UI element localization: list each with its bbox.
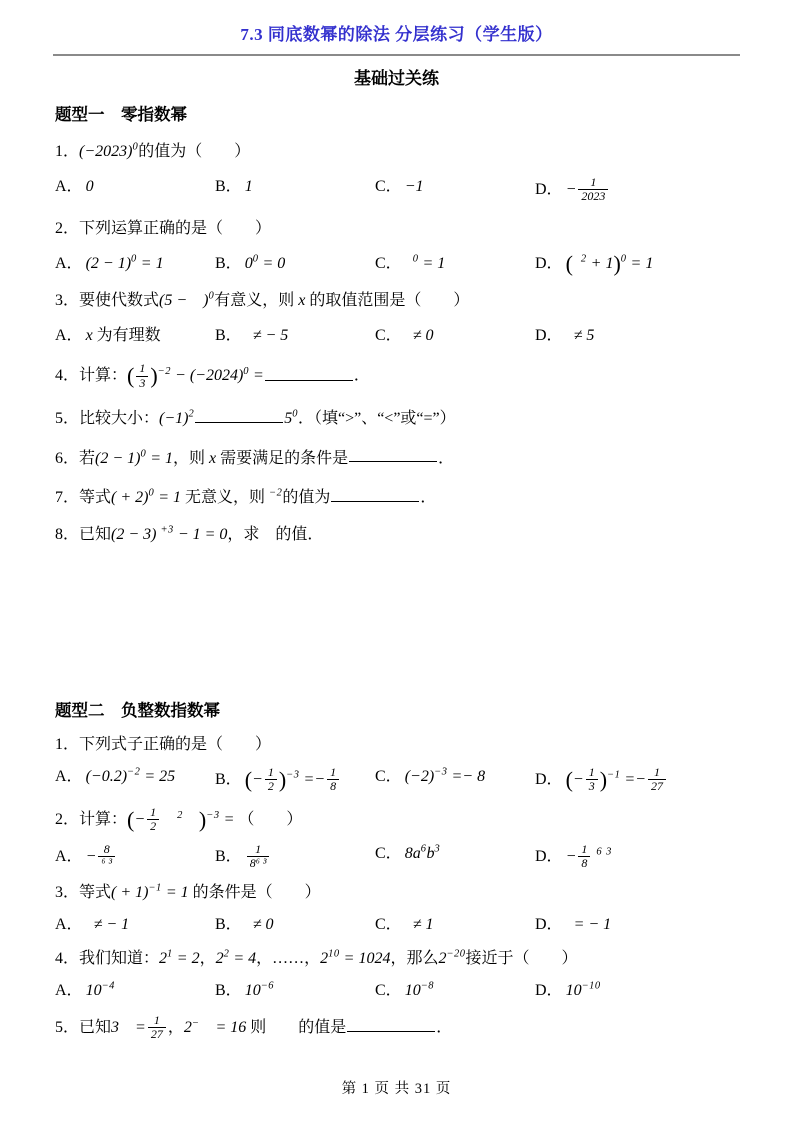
math-text: 2: [184, 1019, 192, 1036]
section-heading: 题型一 零指数幂: [55, 104, 740, 126]
exponent: −2: [127, 767, 140, 778]
option-label: B．: [215, 178, 242, 195]
text: ．: [354, 368, 370, 385]
math-text: (−2): [405, 768, 434, 785]
option-content: = − 1: [566, 916, 612, 933]
math-text: = 1: [137, 255, 164, 272]
text: [86, 916, 94, 933]
text: ，: [200, 950, 216, 967]
option-content: (−2)−3 =− 8: [405, 768, 485, 785]
denominator: 8⁶ ³: [247, 857, 270, 870]
fraction: 13: [586, 766, 598, 793]
option: B． ≠ 0: [215, 914, 375, 936]
math-text: 10: [566, 982, 582, 999]
big-paren: ): [600, 767, 607, 792]
numerator: 1: [148, 1014, 166, 1028]
math-text: = − 1: [574, 916, 612, 933]
option-content: −8⁶ ³: [86, 848, 118, 865]
question-stem: 6．若(2 − 1)0 = 1，则 x 需要满足的条件是．: [55, 445, 740, 470]
math-text: − (−2024): [171, 368, 243, 385]
option-label: C．: [375, 327, 402, 344]
exponent: −3: [286, 770, 299, 781]
big-paren: (: [566, 767, 573, 792]
option: C．(−2)−3 =− 8: [375, 766, 535, 793]
option: D．−12023: [535, 176, 695, 203]
math-text: (−1): [159, 410, 188, 427]
exponent: −2: [269, 488, 282, 499]
text: 无意义，则: [181, 489, 269, 506]
option: B．18⁶ ³: [215, 843, 375, 870]
option: C． 0 = 1: [375, 253, 535, 275]
denominator: 27: [648, 780, 666, 793]
numerator: 1: [247, 843, 270, 857]
text: 2．下列运算正确的是（ ）: [55, 220, 271, 237]
fraction: 18⁶ ³: [247, 843, 270, 870]
math-text: = 0: [258, 255, 285, 272]
option: B． ≠ − 5: [215, 325, 375, 347]
math-text: 1: [245, 178, 253, 195]
option-label: C．: [375, 845, 402, 862]
question-stem: 2．计算：(−12 2 )−3 = （ ）: [55, 806, 740, 833]
option: A．(2 − 1)0 = 1: [55, 253, 215, 275]
exponent: −1: [148, 883, 161, 894]
option: C． ≠ 1: [375, 914, 535, 936]
math-text: (−0.2): [86, 768, 127, 785]
text: （ ）: [238, 811, 302, 828]
math-text: =: [249, 368, 264, 385]
text: [245, 916, 253, 933]
option-label: B．: [215, 982, 242, 999]
fraction: 12023: [578, 176, 608, 203]
math-text: = 4: [229, 950, 256, 967]
math-text: =−: [620, 771, 646, 788]
text: 的值为（ ）: [138, 143, 250, 160]
math-text: =− 8: [447, 768, 485, 785]
denominator: ⁶ ³: [98, 857, 115, 870]
numerator: 1: [578, 843, 590, 857]
question-stem: 3．要使代数式(5 − )0有意义，则 x 的取值范围是（ ）: [55, 290, 740, 312]
fraction: 12: [265, 766, 277, 793]
option-label: A．: [55, 327, 83, 344]
option-label: B．: [215, 848, 242, 865]
exponent: −20: [446, 949, 465, 960]
option-content: −18 6 3: [566, 848, 612, 865]
content: 题型一 零指数幂 1．(−2023)0的值为（ ） A．0B．1C．−1D．−1…: [0, 104, 793, 1042]
text: 6．若: [55, 449, 95, 466]
section-heading: 题型二 负整数指数幂: [55, 700, 740, 722]
options-row: A．−8⁶ ³B．18⁶ ³C．8a6b3D．−18 6 3: [55, 843, 740, 870]
fraction: 18: [327, 766, 339, 793]
fraction: 18: [578, 843, 590, 870]
denominator: 2: [147, 820, 159, 833]
question-stem: 8．已知(2 − 3) +3 − 1 = 0，求 的值．: [55, 524, 740, 546]
math-text: −1: [405, 178, 424, 195]
text: 需要满足的条件是: [216, 449, 348, 466]
big-paren: (: [566, 251, 573, 276]
text: 7．等式: [55, 489, 111, 506]
option: C．−1: [375, 176, 535, 203]
text: 的取值范围是（ ）: [305, 292, 469, 309]
option: C．8a6b3: [375, 843, 535, 870]
option-content: ≠ 0: [245, 916, 274, 933]
math-text: 8a: [405, 845, 421, 862]
text: 接近于（ ）: [466, 950, 578, 967]
option-content: ≠ − 5: [245, 327, 289, 344]
exponent: −10: [582, 981, 601, 992]
math-text: ≠ − 1: [94, 916, 130, 933]
options-row: A．(−0.2)−2 = 25B．(−12)−3 =−18C．(−2)−3 =−…: [55, 766, 740, 793]
option: D．(−13)−1 =−127: [535, 766, 695, 793]
option: D． ≠ 5: [535, 325, 695, 347]
option-label: D．: [535, 327, 563, 344]
math-text: = 16: [215, 1019, 246, 1036]
denominator: 8: [327, 780, 339, 793]
numerator: 8: [98, 843, 115, 857]
fraction: 8⁶ ³: [98, 843, 115, 870]
text: 的条件是（ ）: [189, 884, 321, 901]
math-text: 2: [320, 950, 328, 967]
option: B．(−12)−3 =−18: [215, 766, 375, 793]
text: ，则: [173, 449, 209, 466]
option-label: A．: [55, 768, 83, 785]
answer-blank: [195, 405, 283, 423]
text: [405, 327, 413, 344]
options-row: A．(2 − 1)0 = 1B．00 = 0C． 0 = 1D．( 2 + 1)…: [55, 253, 740, 275]
options-row: A．10−4B．10−6C．10−8D．10−10: [55, 980, 740, 1002]
numerator: 1: [586, 766, 598, 780]
math-text: + 1: [587, 255, 614, 272]
math-text: 2: [159, 950, 167, 967]
option-content: ≠ 1: [405, 916, 434, 933]
answer-blank: [349, 445, 437, 463]
big-paren: ): [150, 364, 157, 389]
question-stem: 5．已知3 =127，2− = 16 则 的值是．: [55, 1014, 740, 1041]
exponent: −3: [434, 767, 447, 778]
option: C． ≠ 0: [375, 325, 535, 347]
exponent: −2: [158, 366, 171, 377]
option: D．( 2 + 1)0 = 1: [535, 253, 695, 275]
option: B．00 = 0: [215, 253, 375, 275]
exponent: 3: [606, 847, 612, 858]
page-number: 第 1 页 共 31 页: [0, 1077, 793, 1098]
text: [119, 1019, 135, 1036]
question-stem: 2．下列运算正确的是（ ）: [55, 218, 740, 240]
text: 1．: [55, 143, 79, 160]
blank-space: [55, 546, 740, 686]
denominator: 2023: [578, 190, 608, 203]
option-label: B．: [215, 327, 242, 344]
option-content: −12023: [566, 181, 611, 198]
text: ．: [436, 1019, 452, 1036]
math-text: ( + 2): [111, 489, 148, 506]
text: [405, 916, 413, 933]
text: [183, 811, 199, 828]
option-content: ( 2 + 1)0 = 1: [566, 255, 654, 272]
exponent: 3: [434, 844, 440, 855]
big-paren: ): [613, 251, 620, 276]
option-content: (2 − 1)0 = 1: [86, 255, 164, 272]
math-text: ≠ 1: [413, 916, 434, 933]
math-text: = 1: [627, 255, 654, 272]
exponent: −1: [607, 770, 620, 781]
question-stem: 1．下列式子正确的是（ ）: [55, 734, 740, 756]
numerator: 1: [136, 362, 148, 376]
option-label: D．: [535, 916, 563, 933]
fraction: 127: [148, 1014, 166, 1041]
text: ，: [168, 1019, 184, 1036]
math-text: = 1024: [340, 950, 391, 967]
option: B．10−6: [215, 980, 375, 1002]
math-text: 0: [86, 178, 94, 195]
denominator: 3: [136, 377, 148, 390]
text: 3．等式: [55, 884, 111, 901]
big-paren: (: [127, 364, 134, 389]
math-text: ≠ 5: [574, 327, 595, 344]
option-content: 00 = 0: [245, 255, 286, 272]
option-content: (−12)−3 =−18: [245, 771, 341, 788]
text: [199, 1019, 215, 1036]
option-label: D．: [535, 848, 563, 865]
option-content: −1: [405, 178, 424, 195]
math-text: ≠ 0: [253, 916, 274, 933]
math-text: ( + 1): [111, 884, 148, 901]
math-text: (2 − 3): [111, 526, 156, 543]
math-text: (5 − ): [159, 292, 208, 309]
option-content: ≠ − 1: [86, 916, 130, 933]
option-label: A．: [55, 178, 83, 195]
math-text: −: [573, 771, 584, 788]
fraction: 13: [136, 362, 148, 389]
option: C．10−8: [375, 980, 535, 1002]
option-content: 10−8: [405, 982, 434, 999]
option-label: A．: [55, 848, 83, 865]
text: 为有理数: [93, 327, 161, 344]
text: 5．比较大小：: [55, 410, 159, 427]
option-label: B．: [215, 255, 242, 272]
math-text: −: [566, 181, 577, 198]
question-stem: 3．等式( + 1)−1 = 1 的条件是（ ）: [55, 882, 740, 904]
math-text: 3: [111, 1019, 119, 1036]
question-stem: 7．等式( + 2)0 = 1 无意义，则 −2的值为．: [55, 484, 740, 509]
math-text: 10: [86, 982, 102, 999]
math-text: 10: [245, 982, 261, 999]
math-text: −: [252, 771, 263, 788]
option-content: 8a6b3: [405, 845, 441, 862]
text: [566, 916, 574, 933]
option-content: ≠ 5: [566, 327, 595, 344]
text: 1．下列式子正确的是（ ）: [55, 736, 271, 753]
math-text: 0: [245, 255, 253, 272]
math-text: (2 − 1): [95, 449, 140, 466]
exponent: 2: [188, 408, 194, 419]
text: 则 的值是: [246, 1019, 346, 1036]
fraction: 12: [147, 806, 159, 833]
question-stem: 5．比较大小：(−1)250．（填“>”、“<”或“=”）: [55, 405, 740, 430]
numerator: 1: [578, 176, 608, 190]
option: B．1: [215, 176, 375, 203]
option-label: A．: [55, 255, 83, 272]
option-content: 10−4: [86, 982, 115, 999]
exponent: +3: [160, 525, 173, 536]
exponent: −4: [102, 981, 115, 992]
math-text: −: [134, 811, 145, 828]
question-stem: 4．计算：(13)−2 − (−2024)0 =．: [55, 362, 740, 389]
document-page: 7.3 同底数幂的除法 分层练习（学生版） 基础过关练 题型一 零指数幂 1．(…: [0, 0, 793, 1122]
denominator: 8: [578, 857, 590, 870]
math-text: −: [566, 848, 577, 865]
option-label: B．: [215, 771, 242, 788]
text: ．（填“>”、“<”或“=”）: [298, 410, 456, 427]
text: ，……，: [256, 950, 320, 967]
option: D．10−10: [535, 980, 695, 1002]
text: 3．要使代数式: [55, 292, 159, 309]
option: A． ≠ − 1: [55, 914, 215, 936]
numerator: 1: [327, 766, 339, 780]
text: [245, 327, 253, 344]
text: ．: [420, 489, 436, 506]
options-row: A． ≠ − 1B． ≠ 0C． ≠ 1D． = − 1: [55, 914, 740, 936]
text: 8．已知: [55, 526, 111, 543]
text: 5．已知: [55, 1019, 111, 1036]
numerator: 1: [147, 806, 159, 820]
options-row: A．x 为有理数B． ≠ − 5C． ≠ 0D． ≠ 5: [55, 325, 740, 347]
option: A．(−0.2)−2 = 25: [55, 766, 215, 793]
math-text: = 1: [418, 255, 445, 272]
text: [405, 255, 413, 272]
section-negative-exponent: 题型二 负整数指数幂 1．下列式子正确的是（ ） A．(−0.2)−2 = 25…: [55, 700, 740, 1042]
option: A．−8⁶ ³: [55, 843, 215, 870]
numerator: 1: [265, 766, 277, 780]
text: 4．计算：: [55, 368, 127, 385]
math-text: (2 − 1): [86, 255, 131, 272]
option-content: 18⁶ ³: [245, 848, 272, 865]
exponent: −3: [206, 809, 219, 820]
math-text: 10: [405, 982, 421, 999]
answer-blank: [347, 1015, 435, 1033]
option-label: C．: [375, 982, 402, 999]
text: 4．我们知道：: [55, 950, 159, 967]
big-paren: (: [245, 767, 252, 792]
option-label: C．: [375, 255, 402, 272]
fraction: 127: [648, 766, 666, 793]
option-label: D．: [535, 771, 563, 788]
numerator: 1: [648, 766, 666, 780]
option-content: (−0.2)−2 = 25: [86, 768, 176, 785]
group-title: 基础过关练: [0, 68, 793, 90]
math-text: =: [135, 1019, 146, 1036]
option-label: A．: [55, 982, 83, 999]
math-text: =−: [299, 771, 325, 788]
answer-blank: [331, 484, 419, 502]
option-content: x 为有理数: [86, 327, 161, 344]
option-label: D．: [535, 255, 563, 272]
section-zero-exponent: 题型一 零指数幂 1．(−2023)0的值为（ ） A．0B．1C．−1D．−1…: [55, 104, 740, 546]
math-text: 2: [216, 950, 224, 967]
option-content: 0: [86, 178, 94, 195]
math-text: ≠ − 5: [253, 327, 289, 344]
math-text: = 1: [146, 449, 173, 466]
exponent: −8: [421, 981, 434, 992]
math-text: (−2023): [79, 143, 132, 160]
option-content: ≠ 0: [405, 327, 434, 344]
text: ，求 的值．: [227, 526, 323, 543]
option: D．−18 6 3: [535, 843, 695, 870]
denominator: 27: [148, 1028, 166, 1041]
text: 的值为: [282, 489, 330, 506]
text: ．: [438, 449, 454, 466]
math-text: = 1: [162, 884, 189, 901]
math-text: x: [86, 327, 93, 344]
horizontal-rule: [53, 54, 740, 56]
text: ，那么: [390, 950, 438, 967]
text: 有意义，则: [214, 292, 298, 309]
page-title: 7.3 同底数幂的除法 分层练习（学生版）: [0, 0, 793, 45]
answer-blank: [265, 363, 353, 381]
math-text: ≠ 0: [413, 327, 434, 344]
text: 2．计算：: [55, 811, 127, 828]
math-text: = 1: [154, 489, 181, 506]
math-text: − 1 = 0: [174, 526, 228, 543]
exponent: −6: [261, 981, 274, 992]
option-content: 1: [245, 178, 253, 195]
option-label: D．: [535, 982, 563, 999]
option-label: A．: [55, 916, 83, 933]
math-text: −: [86, 848, 97, 865]
text: [566, 327, 574, 344]
math-text: = 2: [173, 950, 200, 967]
option: D． = − 1: [535, 914, 695, 936]
option-label: C．: [375, 178, 402, 195]
option-content: 10−10: [566, 982, 601, 999]
text: [161, 811, 177, 828]
denominator: 3: [586, 780, 598, 793]
option-content: (−13)−1 =−127: [566, 771, 668, 788]
question-stem: 1．(−2023)0的值为（ ）: [55, 141, 740, 163]
option-content: 0 = 1: [405, 255, 446, 272]
options-row: A．0B．1C．−1D．−12023: [55, 176, 740, 203]
option-label: D．: [535, 181, 563, 198]
option-content: 10−6: [245, 982, 274, 999]
option: A．10−4: [55, 980, 215, 1002]
option: A．x 为有理数: [55, 325, 215, 347]
exponent: 10: [328, 949, 340, 960]
math-text: = 25: [140, 768, 175, 785]
text: [573, 255, 581, 272]
option-label: C．: [375, 768, 402, 785]
option-label: B．: [215, 916, 242, 933]
option-label: C．: [375, 916, 402, 933]
option: A．0: [55, 176, 215, 203]
question-stem: 4．我们知道：21 = 2，22 = 4，……，210 = 1024，那么2−2…: [55, 948, 740, 970]
denominator: 2: [265, 780, 277, 793]
math-text: =: [220, 811, 239, 828]
